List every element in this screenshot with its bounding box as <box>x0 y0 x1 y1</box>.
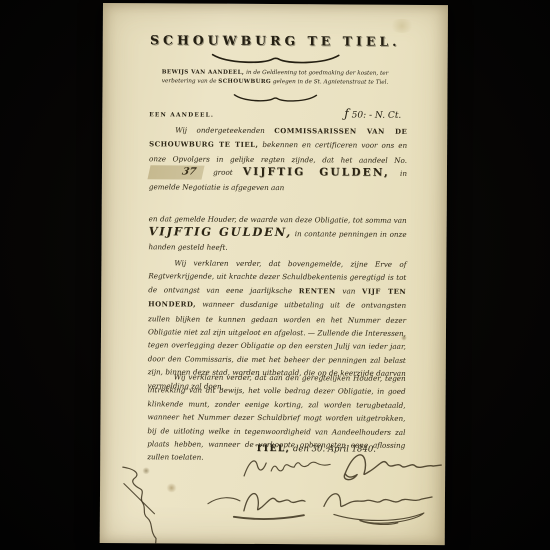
document-subtitle: BEWIJS VAN AANDEEL, in de Geldleening to… <box>160 68 389 87</box>
share-amount-row: EEN AANDEEL. ƒ50: - N. Ct. <box>149 105 407 121</box>
signature-3 <box>206 485 318 526</box>
renten-caps: RENTEN <box>299 287 336 295</box>
signature-marginal <box>112 457 172 545</box>
nominal-amount: ƒ50: - N. Ct. <box>344 106 407 120</box>
body-text: groot <box>203 168 243 177</box>
subtitle-caps: SCHOUWBURG <box>218 79 271 85</box>
signature-1 <box>240 453 332 485</box>
amount-script: VIJFTIG GULDEN, <box>149 225 293 240</box>
body-text: van <box>336 286 362 295</box>
amount-caps: VIJFTIG GULDEN, <box>243 166 390 179</box>
photo-background: SCHOUWBURG TE TIEL. BEWIJS VAN AANDEEL, … <box>0 0 550 550</box>
foxing-stain <box>389 19 415 33</box>
body-text: en dat gemelde Houder, de waarde van dez… <box>149 214 407 225</box>
share-number-handwritten: 37 <box>147 166 204 181</box>
brace-ornament <box>209 51 341 67</box>
body-text: Wij ondergeteekenden <box>175 125 274 135</box>
document-title: SCHOUWBURG TE TIEL. <box>103 32 448 49</box>
signature-4 <box>320 484 438 529</box>
subtitle-text: gelegen in de St. Agnietenstraat te Tiel… <box>271 79 388 86</box>
amount-value: 50: - N. Ct. <box>352 111 402 121</box>
brace-ornament <box>232 92 318 105</box>
share-label: EEN AANDEEL. <box>149 112 214 118</box>
foxing-stain <box>166 483 177 492</box>
paragraph-issue: Wij ondergeteekenden COMMISSARISSEN VAN … <box>149 123 407 195</box>
paragraph-payment: en dat gemelde Houder, de waarde van dez… <box>148 212 406 255</box>
signature-2 <box>338 447 444 488</box>
document-paper: SCHOUWBURG TE TIEL. BEWIJS VAN AANDEEL, … <box>100 3 448 545</box>
subtitle-caps: BEWIJS VAN AANDEEL, <box>162 69 245 76</box>
